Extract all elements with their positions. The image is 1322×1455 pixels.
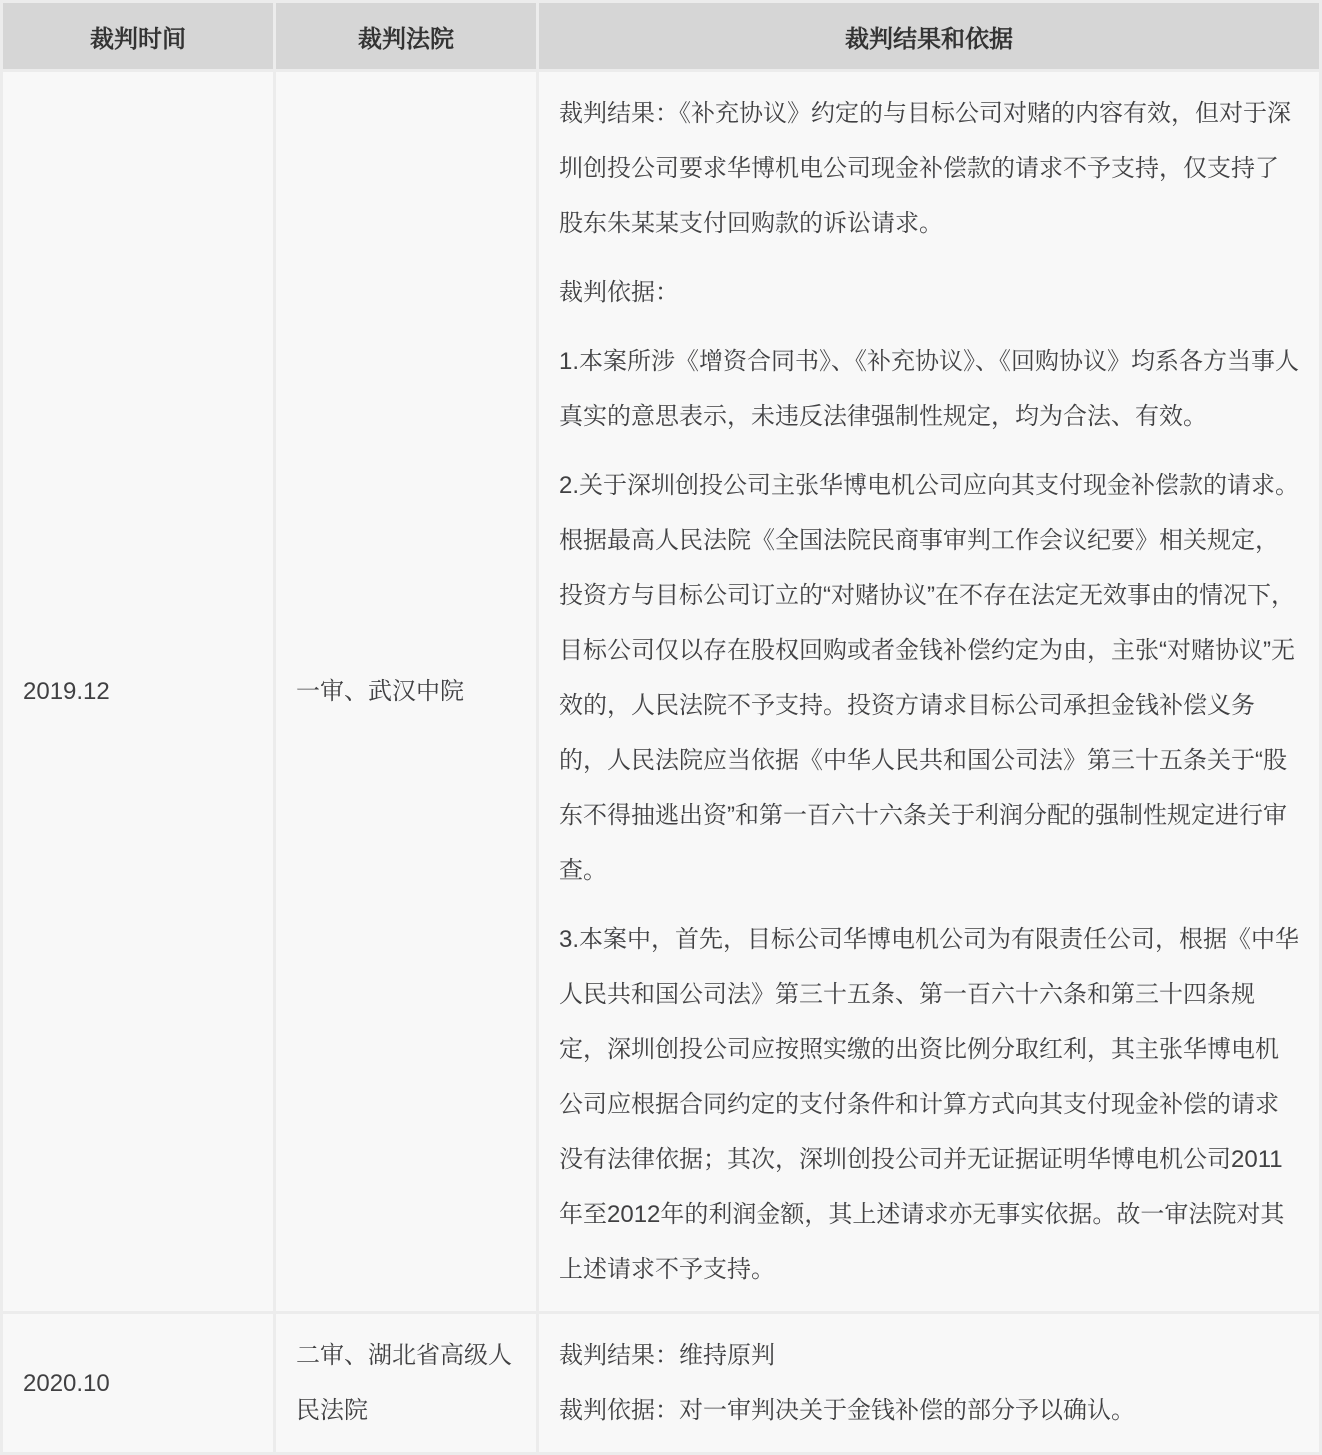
judgment-court-value: 二审、湖北省高级人民法院 — [276, 1314, 536, 1452]
judgment-basis-paragraph: 裁判依据：对一审判决关于金钱补偿的部分予以确认。 — [559, 1383, 1299, 1438]
judgment-summary-page: 裁判时间 裁判法院 裁判结果和依据 2019.12 一审、武汉中院 裁判结果：《… — [0, 0, 1322, 1455]
table-row-second-instance: 2020.10 二审、湖北省高级人民法院 裁判结果：维持原判 裁判依据：对一审判… — [3, 1314, 1319, 1452]
judgment-basis-heading: 裁判依据： — [559, 265, 1299, 320]
judgment-result-paragraph: 裁判结果：维持原判 — [559, 1328, 1299, 1383]
column-header-judgment-time: 裁判时间 — [3, 3, 273, 69]
judgment-basis-item-3: 3.本案中，首先，目标公司华博电机公司为有限责任公司，根据《中华人民共和国公司法… — [559, 912, 1299, 1297]
judgment-result-basis-cell: 裁判结果：维持原判 裁判依据：对一审判决关于金钱补偿的部分予以确认。 — [539, 1314, 1319, 1452]
judgment-time-value: 2019.12 — [3, 72, 273, 1311]
table-header: 裁判时间 裁判法院 裁判结果和依据 — [3, 3, 1319, 69]
judgment-result-paragraph: 裁判结果：《补充协议》约定的与目标公司对赌的内容有效，但对于深圳创投公司要求华博… — [559, 86, 1299, 251]
table-row-first-instance: 2019.12 一审、武汉中院 裁判结果：《补充协议》约定的与目标公司对赌的内容… — [3, 72, 1319, 1311]
judgment-time-value: 2020.10 — [3, 1314, 273, 1452]
judgment-court-value: 一审、武汉中院 — [276, 72, 536, 1311]
column-header-judgment-result-basis: 裁判结果和依据 — [539, 3, 1319, 69]
column-header-judgment-court: 裁判法院 — [276, 3, 536, 69]
judgment-basis-item-1: 1.本案所涉《增资合同书》、《补充协议》、《回购协议》均系各方当事人真实的意思表… — [559, 334, 1299, 444]
judgment-basis-item-2: 2.关于深圳创投公司主张华博电机公司应向其支付现金补偿款的请求。根据最高人民法院… — [559, 458, 1299, 898]
judgment-result-basis-cell: 裁判结果：《补充协议》约定的与目标公司对赌的内容有效，但对于深圳创投公司要求华博… — [539, 72, 1319, 1311]
judgment-table: 裁判时间 裁判法院 裁判结果和依据 2019.12 一审、武汉中院 裁判结果：《… — [0, 0, 1322, 1455]
header-row: 裁判时间 裁判法院 裁判结果和依据 — [3, 3, 1319, 69]
